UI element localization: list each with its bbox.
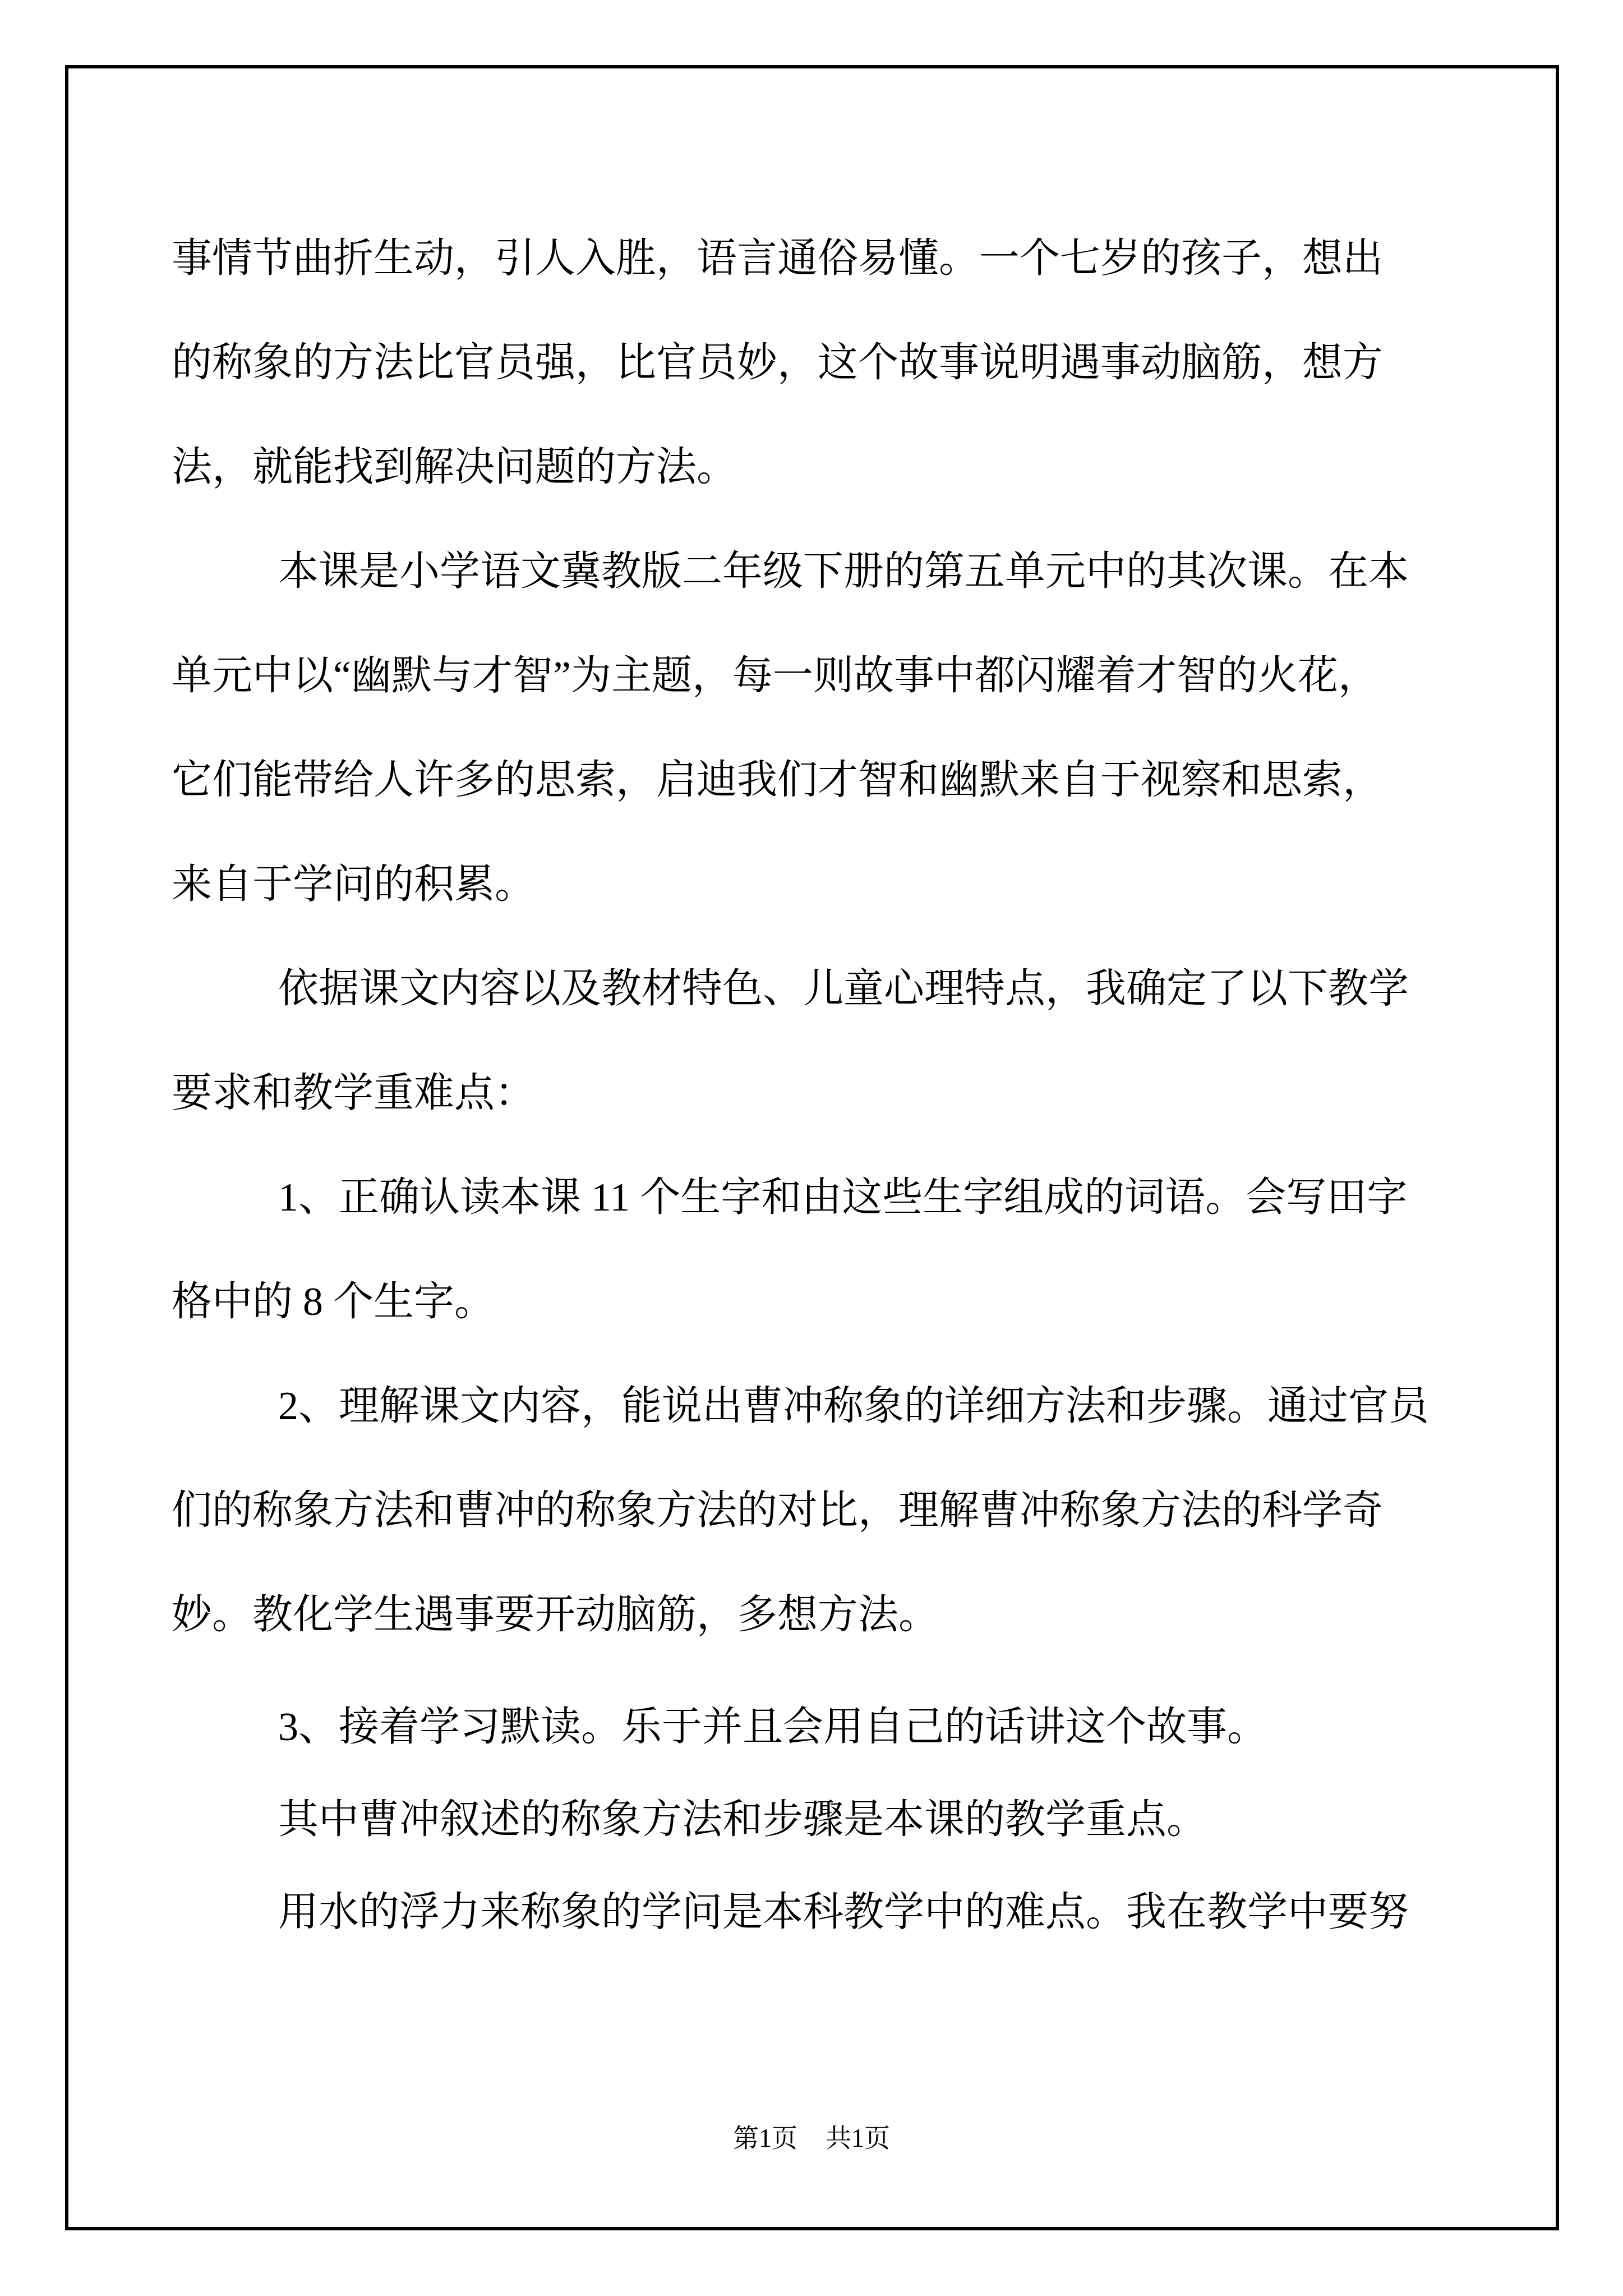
page-number-label: 第1页 bbox=[733, 2124, 797, 2152]
text-line: 妙。教化学生遇事要开动脑筋，多想方法。 bbox=[172, 1562, 1429, 1667]
document-page: { "content": { "lines": [ { "text": "事情节… bbox=[0, 0, 1623, 2296]
page-footer: 第1页共1页 bbox=[0, 2122, 1623, 2155]
text-line: 的称象的方法比官员强，比官员妙，这个故事说明遇事动脑筋，想方 bbox=[172, 310, 1429, 415]
document-body: 事情节曲折生动，引人入胜，语言通俗易懂。一个七岁的孩子，想出 的称象的方法比官员… bbox=[172, 206, 1429, 1667]
text-line: 本课是小学语文冀教版二年级下册的第五单元中的其次课。在本 bbox=[172, 519, 1429, 623]
text-line: 要求和教学重难点： bbox=[172, 1041, 1429, 1145]
text-line: 2、理解课文内容，能说出曹冲称象的详细方法和步骤。通过官员 bbox=[172, 1354, 1429, 1458]
text-line: 单元中以“幽默与才智”为主题，每一则故事中都闪耀着才智的火花， bbox=[172, 623, 1429, 728]
text-line: 它们能带给人许多的思索，启迪我们才智和幽默来自于视察和思索， bbox=[172, 728, 1429, 832]
text-line: 事情节曲折生动，引人入胜，语言通俗易懂。一个七岁的孩子，想出 bbox=[172, 206, 1429, 310]
text-line: 们的称象方法和曹冲的称象方法的对比，理解曹冲称象方法的科学奇 bbox=[172, 1458, 1429, 1562]
text-line: 格中的 8 个生字。 bbox=[172, 1249, 1429, 1354]
page-total-label: 共1页 bbox=[826, 2124, 890, 2152]
text-line: 其中曹冲叙述的称象方法和步骤是本课的教学重点。 bbox=[172, 1773, 1409, 1866]
text-line: 来自于学问的积累。 bbox=[172, 832, 1429, 936]
text-line: 3、接着学习默读。乐于并且会用自己的话讲这个故事。 bbox=[172, 1681, 1409, 1773]
text-line: 1、正确认读本课 11 个生字和由这些生字组成的词语。会写田字 bbox=[172, 1145, 1429, 1249]
document-body-tail: 3、接着学习默读。乐于并且会用自己的话讲这个故事。 其中曹冲叙述的称象方法和步骤… bbox=[172, 1681, 1409, 1958]
text-line: 用水的浮力来称象的学问是本科教学中的难点。我在教学中要努 bbox=[172, 1866, 1409, 1958]
text-line: 依据课文内容以及教材特色、儿童心理特点，我确定了以下教学 bbox=[172, 936, 1429, 1041]
text-line: 法，就能找到解决问题的方法。 bbox=[172, 415, 1429, 519]
